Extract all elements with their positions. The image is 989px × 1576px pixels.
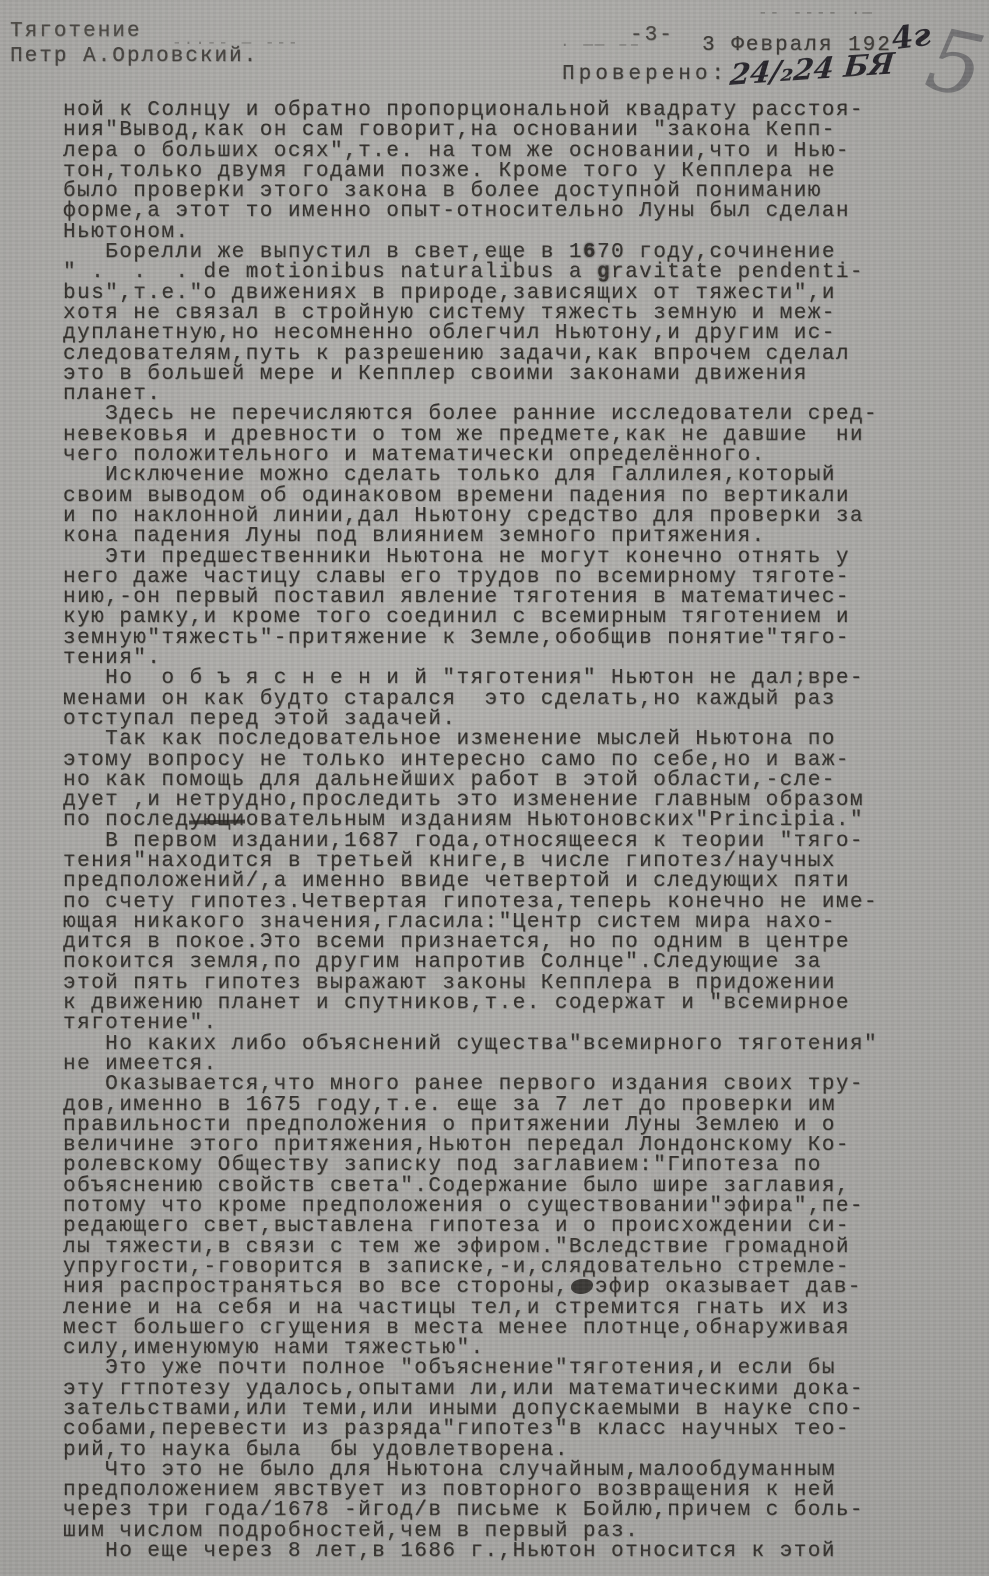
text-line: покоится земля,по другим напротив Солнце…	[63, 953, 878, 973]
text-line: эту гтпотезу удалось,опытами ли,или мате…	[63, 1380, 878, 1400]
paragraph: Что это не было для Ньютона случайным,ма…	[63, 1461, 878, 1542]
overstruck-heavy-char: g	[597, 261, 611, 284]
paragraph: Оказывается,что много ранее первого изда…	[63, 1075, 878, 1359]
struck-out-text: ующи	[189, 809, 245, 832]
text-line: ния распространяться во все стороны,эфир…	[63, 1278, 878, 1298]
text-line: Эти предшественники Ньютона не могут кон…	[63, 548, 878, 568]
text-line: объяснению свойств света".Содержание был…	[63, 1177, 878, 1197]
text-line: нию,-он первый поставил явление тяготени…	[63, 588, 878, 608]
text-line: предположений/,а именно ввиде четвертой …	[63, 872, 878, 892]
text-line: собами,перевести из разряда"гипотез"в кл…	[63, 1420, 878, 1440]
document-title: Тяготение	[10, 20, 141, 43]
text-line: следователям,путь к разрешению задачи,ка…	[63, 345, 878, 365]
text-span: ния распространяться во все стороны,	[63, 1276, 569, 1299]
paragraph: Борелли же выпустил в свет,еще в 1670 го…	[63, 243, 878, 405]
text-line: Но о б ъ я с н е н и й "тяготения" Ньюто…	[63, 669, 878, 689]
text-line: Это уже почти полное "объяснение"тяготен…	[63, 1359, 878, 1379]
text-line: bus",т.е."о движениях в природе,зависящи…	[63, 284, 878, 304]
author-name: Петр А.Орловский.	[10, 45, 258, 68]
text-line: Оказывается,что много ранее первого изда…	[63, 1075, 878, 1095]
text-line: кона падения Луны под влиянием земного п…	[63, 527, 878, 547]
text-line: рий,то наука была бы удовлетворена.	[63, 1441, 878, 1461]
checked-handwritten-signature: 24/₂24 БЯ	[728, 46, 896, 92]
paragraph: Так как последовательное изменение мысле…	[63, 730, 878, 831]
text-line: через три года/1678 -йгод/в письме к Бой…	[63, 1501, 878, 1521]
document-body: ной к Солнцу и обратно пропорциональной …	[63, 101, 878, 1562]
text-line: менами он как будто старался это сделать…	[63, 690, 878, 710]
text-line: дов,именно в 1675 году,т.е. еще за 7 лет…	[63, 1096, 878, 1116]
paragraph: Но каких либо объяснений существа"всемир…	[63, 1035, 878, 1076]
text-line: земную"тяжесть"-притяжение к Земле,обобщ…	[63, 629, 878, 649]
text-line: ющая никакого значения,гласила:"Центр си…	[63, 913, 878, 933]
text-line: не имеется.	[63, 1055, 878, 1075]
text-line: " . . . de motionibus naturalibus a grav…	[63, 263, 878, 283]
text-line: Но каких либо объяснений существа"всемир…	[63, 1035, 878, 1055]
date-handwritten-digit: 4г	[889, 17, 932, 57]
text-line: Исключение можно сделать только для Галл…	[63, 466, 878, 486]
text-line: В первом издании,1687 года,относящееся к…	[63, 832, 878, 852]
text-line: этому вопросу не только интересно само п…	[63, 751, 878, 771]
text-line: своим выводом об одинаковом времени паде…	[63, 487, 878, 507]
paragraph: Эти предшественники Ньютона не могут кон…	[63, 548, 878, 670]
text-span: ravitate pendenti-	[611, 261, 864, 284]
text-line: потому что кроме предположения о существ…	[63, 1197, 878, 1217]
text-span: овательным изданиям Ньютоновских"Princip…	[246, 809, 864, 832]
text-line: ния"Вывод,как он сам говорит,на основани…	[63, 121, 878, 141]
text-span: по послед	[63, 809, 189, 832]
text-line: это в большей мере и Кепплер своими зако…	[63, 365, 878, 385]
text-span: эфир оказывает дав-	[595, 1276, 862, 1299]
text-line: правильности предположения о притяжении …	[63, 1116, 878, 1136]
text-line: лера о больших осях",т.е. на том же осно…	[63, 142, 878, 162]
paragraph: Это уже почти полное "объяснение"тяготен…	[63, 1359, 878, 1460]
text-span: " . . . de motionibus naturalibus a	[63, 261, 597, 284]
ink-blot-mark	[571, 1279, 593, 1294]
text-line: дупланетную,но несомненно облегчил Ньюто…	[63, 324, 878, 344]
checked-label: Проверено:	[562, 63, 728, 86]
typewritten-manuscript-page: Тяготение -··-- — --- Петр А.Орловский. …	[0, 0, 989, 1576]
text-line: по последующиовательным изданиям Ньютоно…	[63, 811, 878, 831]
text-line: редающего свет,выставлена гипотеза и о п…	[63, 1217, 878, 1237]
paragraph: Здесь не перечисляются более ранние иссл…	[63, 405, 878, 466]
text-line: Здесь не перечисляются более ранние иссл…	[63, 405, 878, 425]
text-line: форме,а этот то именно опыт-относительно…	[63, 202, 878, 222]
text-line: кую рамку,и кроме того соединил с всемир…	[63, 608, 878, 628]
checked-line: Проверено:24/₂24 БЯ	[562, 52, 895, 86]
dash-marks-above-date: -- ---- ·—	[758, 4, 874, 22]
text-line: тяготение".	[63, 1014, 878, 1034]
paragraph: В первом издании,1687 года,относящееся к…	[63, 832, 878, 1035]
text-line: и по наклонной линии,дал Ньютону средств…	[63, 507, 878, 527]
text-line: невековья и древности о том же предмете,…	[63, 426, 878, 446]
paragraph: Исключение можно сделать только для Галл…	[63, 466, 878, 547]
text-line: ролевскому Обществу записку под заглавие…	[63, 1156, 878, 1176]
text-line: по счету гипотез.Четвертая гипотеза,тепе…	[63, 893, 878, 913]
paragraph: ной к Солнцу и обратно пропорциональной …	[63, 101, 878, 243]
text-line: Ньютоном.	[63, 223, 878, 243]
text-line: Так как последовательное изменение мысле…	[63, 730, 878, 750]
paragraph: Но о б ъ я с н е н и й "тяготения" Ньюто…	[63, 669, 878, 730]
paragraph: Но еще через 8 лет,в 1686 г.,Ньютон отно…	[63, 1542, 878, 1562]
text-line: Но еще через 8 лет,в 1686 г.,Ньютон отно…	[63, 1542, 878, 1562]
text-line: ление и на себя и на частицы тел,и стрем…	[63, 1299, 878, 1319]
text-line: лы тяжести,в связи с тем же эфиром."Всле…	[63, 1238, 878, 1258]
